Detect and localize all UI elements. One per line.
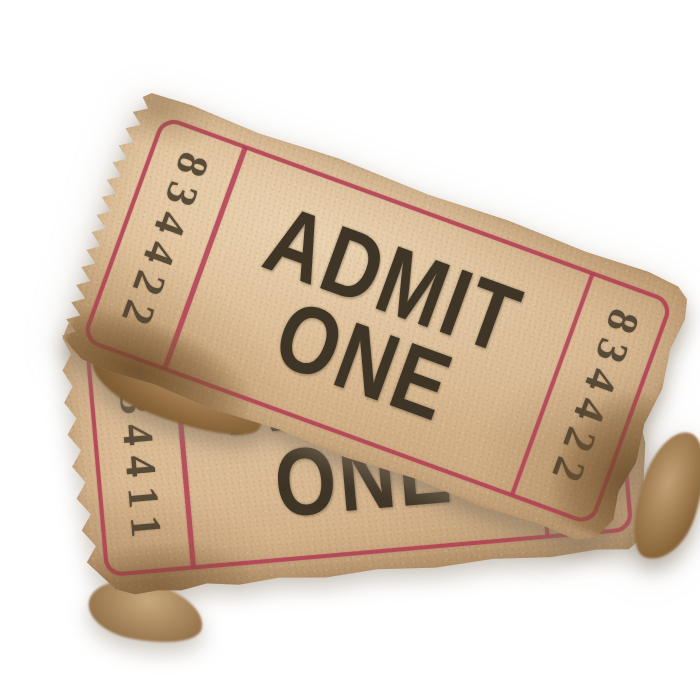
front-ticket: 834422 834422 ADMIT ONE xyxy=(70,178,670,458)
scene: 834411 834411 ADMIT ONE 834422 834422 xyxy=(0,0,700,700)
